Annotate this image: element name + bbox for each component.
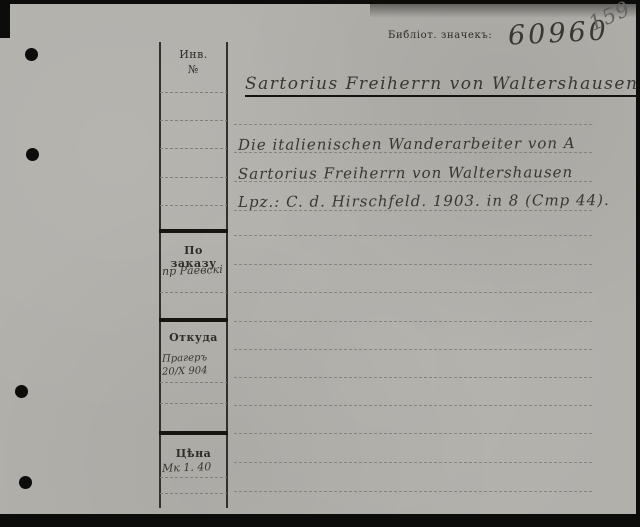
ruled-line: [234, 152, 592, 153]
column-rule-line: [160, 493, 227, 494]
column-border-left: [159, 42, 161, 508]
ruled-line: [234, 264, 592, 265]
column-rule-line: [160, 148, 227, 149]
origin-label: Откуда: [160, 331, 227, 344]
order-value: пр Раевскі: [162, 263, 223, 278]
price-label: Цѣна: [160, 447, 227, 460]
column-section-divider: [159, 229, 228, 233]
column-rule-line: [160, 403, 227, 404]
ruled-line: [234, 377, 592, 378]
column-rule-line: [160, 382, 227, 383]
entry-line-2: Sartorius Freiherrn von Waltershausen: [238, 163, 573, 183]
ruled-line: [234, 433, 592, 434]
column-rule-line: [160, 120, 227, 121]
punch-hole: [26, 148, 39, 161]
ruled-line: [234, 210, 592, 211]
entry-line-3: Lpz.: C. d. Hirschfeld. 1903. in 8 (Стр …: [238, 191, 610, 211]
column-rule-line: [160, 177, 227, 178]
price-value: Мк 1. 40: [162, 460, 212, 475]
ruled-line: [234, 181, 592, 182]
ruled-line: [234, 462, 592, 463]
column-section-divider: [159, 318, 228, 322]
origin-value-line2: 20/Х 904: [162, 365, 208, 378]
author-heading: Sartorius Freiherrn von Waltershausen(A): [245, 74, 640, 94]
scan-edge-top-left: [0, 0, 10, 38]
ruled-line: [234, 349, 592, 350]
author-heading-text: Sartorius Freiherrn von Waltershausen: [245, 74, 638, 97]
ruled-line: [234, 124, 592, 125]
column-rule-line: [160, 205, 227, 206]
ruled-line: [234, 292, 592, 293]
inventory-label-line1: Инв.: [160, 48, 227, 61]
entry-line-1: Die italienischen Wanderarbeiter von A: [238, 134, 576, 154]
punch-hole: [19, 476, 32, 489]
column-rule-line: [160, 92, 227, 93]
punch-hole: [25, 48, 38, 61]
column-rule-line: [160, 477, 227, 478]
ruled-line: [234, 491, 592, 492]
punch-hole: [15, 385, 28, 398]
column-section-divider: [159, 431, 228, 435]
catalog-card-scan: Библіот. значекъ: 60960 159 Sartorius Fr…: [0, 0, 640, 527]
ruled-line: [234, 321, 592, 322]
scan-edge-bottom: [0, 514, 640, 527]
ruled-line: [234, 235, 592, 236]
origin-value-line1: Прагеръ: [162, 352, 207, 365]
column-rule-line: [160, 292, 227, 293]
library-mark-label: Библіот. значекъ:: [388, 30, 492, 41]
ruled-line: [234, 405, 592, 406]
inventory-label-line2: №: [160, 63, 227, 76]
column-border-right: [226, 42, 228, 508]
